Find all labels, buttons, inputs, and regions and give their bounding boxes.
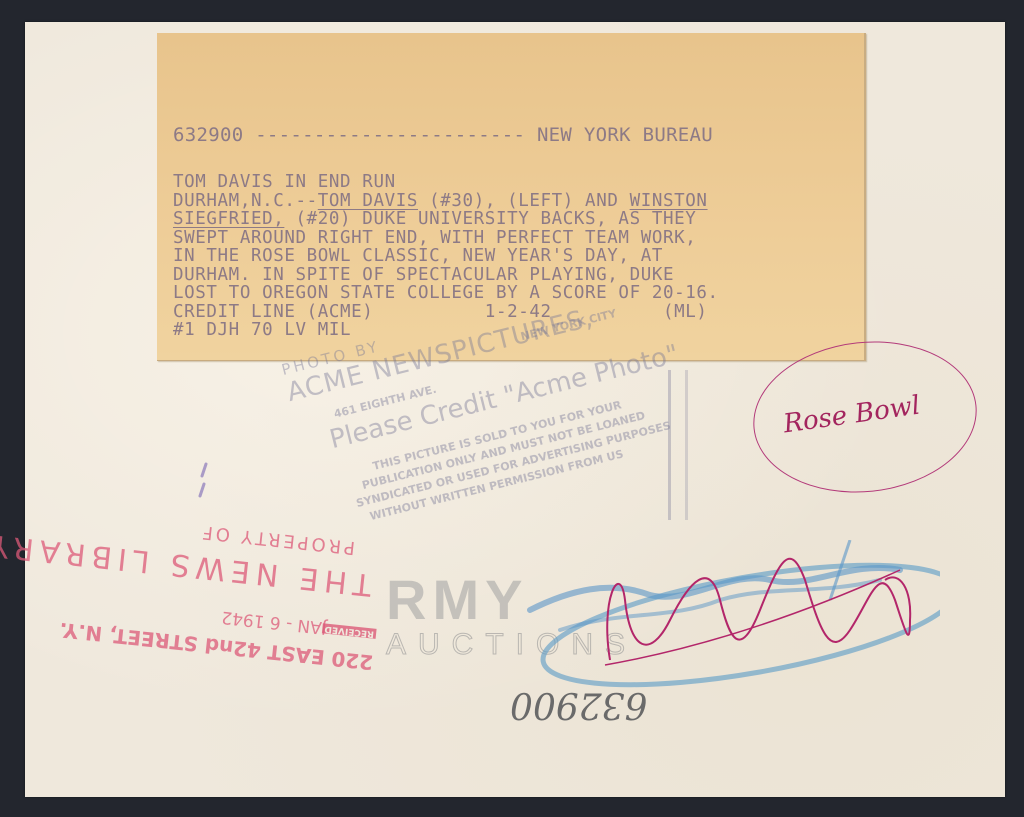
pencil-photo-number: 632900 xyxy=(510,684,647,725)
bureau-name: NEW YORK BUREAU xyxy=(537,124,713,146)
received-label: RECEIVED xyxy=(322,623,377,639)
red-ink-scribble-icon xyxy=(590,540,930,680)
clipping-header: 632900 ----------------------- NEW YORK … xyxy=(173,126,713,145)
player-name-winston: WINSTON xyxy=(630,191,708,211)
caption-text: (#30), (LEFT) AND xyxy=(418,191,630,211)
stamp-border xyxy=(668,370,688,520)
photo-id: 632900 xyxy=(173,124,243,146)
caption-title: TOM DAVIS IN END RUN xyxy=(173,173,719,192)
dateline: DURHAM,N.C.-- xyxy=(173,191,318,211)
player-name-siegfried: SIEGFRIED, xyxy=(173,209,284,229)
header-dashes: ----------------------- xyxy=(255,124,525,146)
caption-line: SWEPT AROUND RIGHT END, WITH PERFECT TEA… xyxy=(173,229,719,248)
news-library-stamp: 220 EAST 42nd STREET, N.Y. RECEIVED JAN … xyxy=(111,486,398,693)
player-name-davis: TOM DAVIS xyxy=(318,191,418,211)
caption-line: SIEGFRIED, (#20) DUKE UNIVERSITY BACKS, … xyxy=(173,210,719,229)
caption-line: DURHAM,N.C.--TOM DAVIS (#30), (LEFT) AND… xyxy=(173,192,719,211)
received-date: JAN - 6 1942 xyxy=(220,607,327,638)
caption-text: (#20) DUKE UNIVERSITY BACKS, AS THEY xyxy=(284,209,696,229)
